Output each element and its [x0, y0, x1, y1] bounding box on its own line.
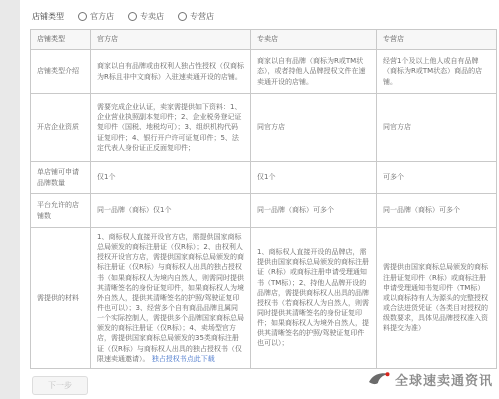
row-label-intro: 店铺类型介绍 — [31, 50, 91, 94]
table-row-store-limit: 平台允许的店铺数 同一品牌（商标）仅1个 同一品牌（商标）可多个 同一品牌（商标… — [31, 194, 497, 228]
header-store-type: 店铺类型 — [31, 30, 91, 50]
radio-official-input[interactable] — [78, 12, 87, 21]
row-label-qualification: 开店企业资质 — [31, 94, 91, 162]
page: 店铺类型 官方店 专卖店 专营店 店铺类型 官方店 专卖店 — [0, 0, 499, 399]
store-type-filter: 店铺类型 官方店 专卖店 专营店 — [32, 10, 495, 22]
cell-qualification-specialty: 同官方店 — [377, 94, 497, 162]
table-header-row: 店铺类型 官方店 专卖店 专营店 — [31, 30, 497, 50]
table-row-brand-count: 单店铺可申请品牌数量 仅1个 仅1个 可多个 — [31, 162, 497, 194]
cell-qualification-official: 需要完成企业认证，卖家需提供如下资料：1、企业营业执照副本复印件；2、企业税务登… — [91, 94, 251, 162]
radio-option-exclusive[interactable]: 专卖店 — [128, 11, 164, 22]
row-label-store-limit: 平台允许的店铺数 — [31, 194, 91, 228]
radio-option-specialty[interactable]: 专营店 — [178, 11, 214, 22]
cell-qualification-exclusive: 同官方店 — [251, 94, 377, 162]
authorization-download-link[interactable]: 独占授权书点此下载 — [152, 355, 215, 363]
header-exclusive-store: 专卖店 — [251, 30, 377, 50]
radio-exclusive-label: 专卖店 — [140, 11, 164, 22]
cell-brand-count-specialty: 可多个 — [377, 162, 497, 194]
cell-store-limit-specialty: 同一品牌（商标）可多个 — [377, 194, 497, 228]
next-step-button[interactable]: 下一步 — [32, 376, 88, 395]
cell-materials-exclusive: 1、商标权人直接开设的品牌店，需提供由国家商标总局颁发的商标注册证（R标）或商标… — [251, 228, 377, 369]
radio-exclusive-input[interactable] — [128, 12, 137, 21]
cell-intro-specialty: 经营1个及以上他人或自有品牌（商标为R或TM状态）商品的店铺。 — [377, 50, 497, 94]
table-row-materials: 需提供的材料 1、商标权人直接开设官方店，需提供国家商标总局颁发的商标注册证（仅… — [31, 228, 497, 369]
watermark: 全球速卖通资讯 — [367, 369, 493, 389]
cell-materials-official: 1、商标权人直接开设官方店，需提供国家商标总局颁发的商标注册证（仅R标）；2、由… — [91, 228, 251, 369]
cell-brand-count-exclusive: 仅1个 — [251, 162, 377, 194]
cell-store-limit-official: 同一品牌（商标）仅1个 — [91, 194, 251, 228]
cell-materials-specialty: 需提供由国家商标总局颁发的商标注册证复印件（R标）或商标注册申请受理通知书复印件… — [377, 228, 497, 369]
header-specialty-store: 专营店 — [377, 30, 497, 50]
content-panel: 店铺类型 官方店 专卖店 专营店 店铺类型 官方店 专卖店 — [22, 0, 499, 399]
store-type-filter-label: 店铺类型 — [32, 11, 64, 22]
cell-intro-exclusive: 商家以自有品牌（商标为R或TM状态），或者持他人品牌授权文件在速卖通开设的店铺。 — [251, 50, 377, 94]
store-type-comparison-table: 店铺类型 官方店 专卖店 专营店 店铺类型介绍 商家以自有品牌或由权利人独占性授… — [30, 29, 497, 369]
table-row-qualification: 开店企业资质 需要完成企业认证，卖家需提供如下资料：1、企业营业执照副本复印件；… — [31, 94, 497, 162]
row-label-brand-count: 单店铺可申请品牌数量 — [31, 162, 91, 194]
radio-specialty-input[interactable] — [178, 12, 187, 21]
table-row-intro: 店铺类型介绍 商家以自有品牌或由权利人独占性授权（仅商标为R标且非中文商标）入驻… — [31, 50, 497, 94]
cell-brand-count-official: 仅1个 — [91, 162, 251, 194]
cell-intro-official: 商家以自有品牌或由权利人独占性授权（仅商标为R标且非中文商标）入驻速卖通开设的店… — [91, 50, 251, 94]
radio-official-label: 官方店 — [90, 11, 114, 22]
header-official-store: 官方店 — [91, 30, 251, 50]
row-label-materials: 需提供的材料 — [31, 228, 91, 369]
bird-logo-icon — [367, 369, 391, 389]
watermark-text: 全球速卖通资讯 — [395, 370, 493, 389]
left-gutter — [0, 0, 20, 399]
cell-materials-official-text: 1、商标权人直接开设官方店，需提供国家商标总局颁发的商标注册证（仅R标）；2、由… — [97, 233, 244, 363]
radio-option-official[interactable]: 官方店 — [78, 11, 114, 22]
radio-specialty-label: 专营店 — [190, 11, 214, 22]
cell-store-limit-exclusive: 同一品牌（商标）可多个 — [251, 194, 377, 228]
